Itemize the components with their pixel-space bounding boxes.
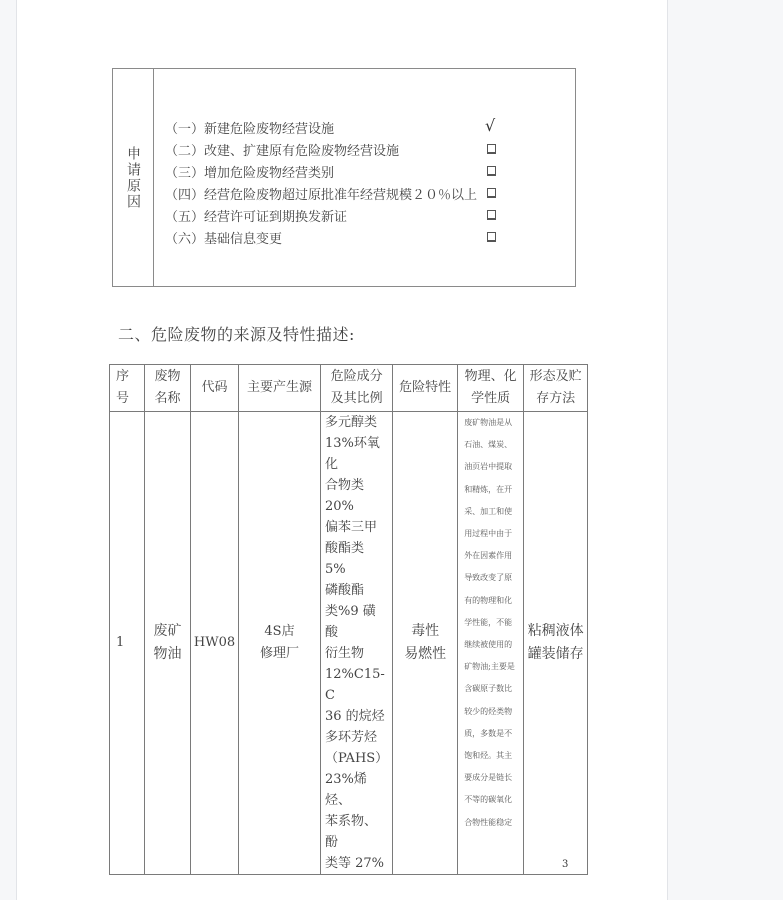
cell-line: 不等的碳氧化 (464, 789, 517, 811)
column-header: 危险特性 (393, 365, 458, 412)
cell-line: 粘稠液体 (524, 620, 587, 643)
reason-item: （三）增加危险废物经营类别 (165, 160, 565, 182)
column-header-line: 号 (116, 388, 144, 410)
reason-item: （五）经营许可证到期换发新证 (165, 204, 565, 226)
checkmark-icon: √ (485, 116, 495, 135)
reason-item: （一）新建危险废物经营设施√ (165, 116, 565, 138)
cell-line: 酸酯类 5% (325, 538, 388, 580)
cell-index: 1 (110, 412, 145, 875)
code-text: HW08 (194, 635, 235, 650)
column-header-line: 及其比例 (321, 388, 392, 410)
cell-line: 含碳原子数比 (464, 678, 517, 700)
cell-line: 苯系物、酚 (325, 811, 388, 853)
column-header-line: 学性质 (458, 388, 523, 410)
column-header-line: 危险特性 (393, 377, 457, 399)
cell-line: 多环芳烃 (325, 727, 388, 748)
cell-code: HW08 (191, 412, 239, 875)
cell-properties: 废矿物油是从石油、煤炭、油页岩中提取和精炼，在开采、加工和使用过程中由于外在因素… (458, 412, 524, 875)
cell-line: 合物类20% (325, 475, 388, 517)
document-page: 申请原因 （一）新建危险废物经营设施√（二）改建、扩建原有危险废物经营设施（三）… (17, 0, 668, 900)
column-header: 形态及贮存方法 (524, 365, 588, 412)
storage-text: 粘稠液体罐装储存 (524, 620, 587, 666)
reason-item-label: （六）基础信息变更 (165, 228, 282, 247)
column-header-line: 物理、化 (458, 366, 523, 388)
cell-hazard: 毒性易燃性 (393, 412, 458, 875)
viewer-left-gutter (0, 0, 17, 900)
checkbox-empty-icon (487, 232, 496, 242)
cell-line: 合物性能稳定 (464, 812, 517, 834)
cell-storage: 粘稠液体罐装储存 (524, 412, 588, 875)
checkbox-empty-icon (487, 144, 496, 154)
column-header: 废物名称 (145, 365, 191, 412)
checkbox-empty-icon (487, 188, 496, 198)
cell-line: 偏苯三甲 (325, 517, 388, 538)
cell-line: 采、加工和使 (464, 501, 517, 523)
reason-item-label: （一）新建危险废物经营设施 (165, 118, 334, 137)
column-header: 物理、化学性质 (458, 365, 524, 412)
reason-item-label: （三）增加危险废物经营类别 (165, 162, 334, 181)
checkbox-empty-icon (487, 210, 496, 220)
column-header: 危险成分及其比例 (321, 365, 393, 412)
reason-item-label: （五）经营许可证到期换发新证 (165, 206, 347, 225)
column-header-line: 存方法 (524, 388, 587, 410)
cell-line: 类等 27% (325, 853, 388, 874)
column-header-line: 名称 (145, 388, 190, 410)
cell-line: 有的物理和化 (464, 590, 517, 612)
cell-line: 4S店 (239, 621, 320, 643)
cell-line: 23%烯烃、 (325, 769, 388, 811)
cell-line: 学性能，不能 (464, 612, 517, 634)
reason-item-label: （二）改建、扩建原有危险废物经营设施 (165, 140, 399, 159)
column-header-line: 主要产生源 (239, 377, 320, 399)
cell-line: （PAHS） (325, 748, 388, 769)
cell-waste-name: 废矿物油 (145, 412, 191, 875)
application-reason-list: （一）新建危险废物经营设施√（二）改建、扩建原有危险废物经营设施（三）增加危险废… (165, 116, 565, 248)
cell-line: 要成分是链长 (464, 767, 517, 789)
cell-line: 修理厂 (239, 643, 320, 665)
column-header-line: 序 (116, 366, 144, 388)
cell-line: 废矿物油是从 (464, 412, 517, 434)
column-header-line: 代码 (191, 377, 238, 399)
waste-name-text: 废矿物油 (145, 620, 190, 666)
column-header: 代码 (191, 365, 239, 412)
hazard-text: 毒性易燃性 (393, 620, 457, 666)
page-number: 3 (562, 859, 568, 870)
cell-line: 导致改变了原 (464, 567, 517, 589)
column-header: 主要产生源 (239, 365, 321, 412)
application-reason-label: 申请原因 (126, 146, 140, 210)
cell-line: 12%C15-C (325, 664, 388, 706)
reason-item: （二）改建、扩建原有危险废物经营设施 (165, 138, 565, 160)
cell-line: 磷酸酯 (325, 580, 388, 601)
cell-line: 多元醇类 (325, 412, 388, 433)
column-header-line: 形态及贮 (524, 366, 587, 388)
cell-line: 石油、煤炭、 (464, 434, 517, 456)
cell-line: 衍生物 (325, 643, 388, 664)
reason-item: （四）经营危险废物超过原批准年经营规模２０％以上 (165, 182, 565, 204)
application-reason-box: 申请原因 （一）新建危险废物经营设施√（二）改建、扩建原有危险废物经营设施（三）… (112, 68, 576, 287)
reason-item-label: （四）经营危险废物超过原批准年经营规模２０％以上 (165, 184, 477, 203)
cell-line: 较少的烃类物 (464, 701, 517, 723)
cell-line: 废矿 (145, 620, 190, 643)
cell-line: 易燃性 (393, 643, 457, 666)
cell-line: 继续被使用的 (464, 634, 517, 656)
cell-line: 物油 (145, 643, 190, 666)
column-header-line: 废物 (145, 366, 190, 388)
column-header: 序号 (110, 365, 145, 412)
cell-line: 13%环氧化 (325, 433, 388, 475)
cell-line: 矿物油;主要是 (464, 656, 517, 678)
table-header-row: 序号废物名称代码主要产生源危险成分及其比例危险特性物理、化学性质形态及贮存方法 (110, 365, 588, 412)
cell-line: 质，多数是不 (464, 723, 517, 745)
cell-line: 罐装储存 (524, 643, 587, 666)
cell-line: 36 的烷烃 (325, 706, 388, 727)
cell-line: 类%9 磺酸 (325, 601, 388, 643)
application-reason-label-cell: 申请原因 (113, 69, 154, 286)
cell-components: 多元醇类13%环氧化合物类20%偏苯三甲酸酯类 5%磷酸酯类%9 磺酸衍生物12… (321, 412, 393, 875)
waste-description-table: 序号废物名称代码主要产生源危险成分及其比例危险特性物理、化学性质形态及贮存方法 … (109, 364, 588, 875)
source-text: 4S店修理厂 (239, 621, 320, 665)
cell-line: 用过程中由于 (464, 523, 517, 545)
cell-line: 油页岩中提取 (464, 456, 517, 478)
section-title: 二、危险废物的来源及特性描述: (118, 322, 355, 345)
components-text: 多元醇类13%环氧化合物类20%偏苯三甲酸酯类 5%磷酸酯类%9 磺酸衍生物12… (321, 412, 392, 874)
cell-line: 饱和烃。其主 (464, 745, 517, 767)
properties-text: 废矿物油是从石油、煤炭、油页岩中提取和精炼，在开采、加工和使用过程中由于外在因素… (458, 412, 523, 834)
cell-line: 和精炼，在开 (464, 479, 517, 501)
cell-source: 4S店修理厂 (239, 412, 321, 875)
index-text: 1 (116, 635, 124, 650)
cell-line: 外在因素作用 (464, 545, 517, 567)
table-row: 1 废矿物油 HW08 4S店修理厂 多元醇类13%环氧化合物类20%偏苯三甲酸… (110, 412, 588, 875)
reason-item: （六）基础信息变更 (165, 226, 565, 248)
cell-line: 毒性 (393, 620, 457, 643)
column-header-line: 危险成分 (321, 366, 392, 388)
checkbox-empty-icon (487, 166, 496, 176)
